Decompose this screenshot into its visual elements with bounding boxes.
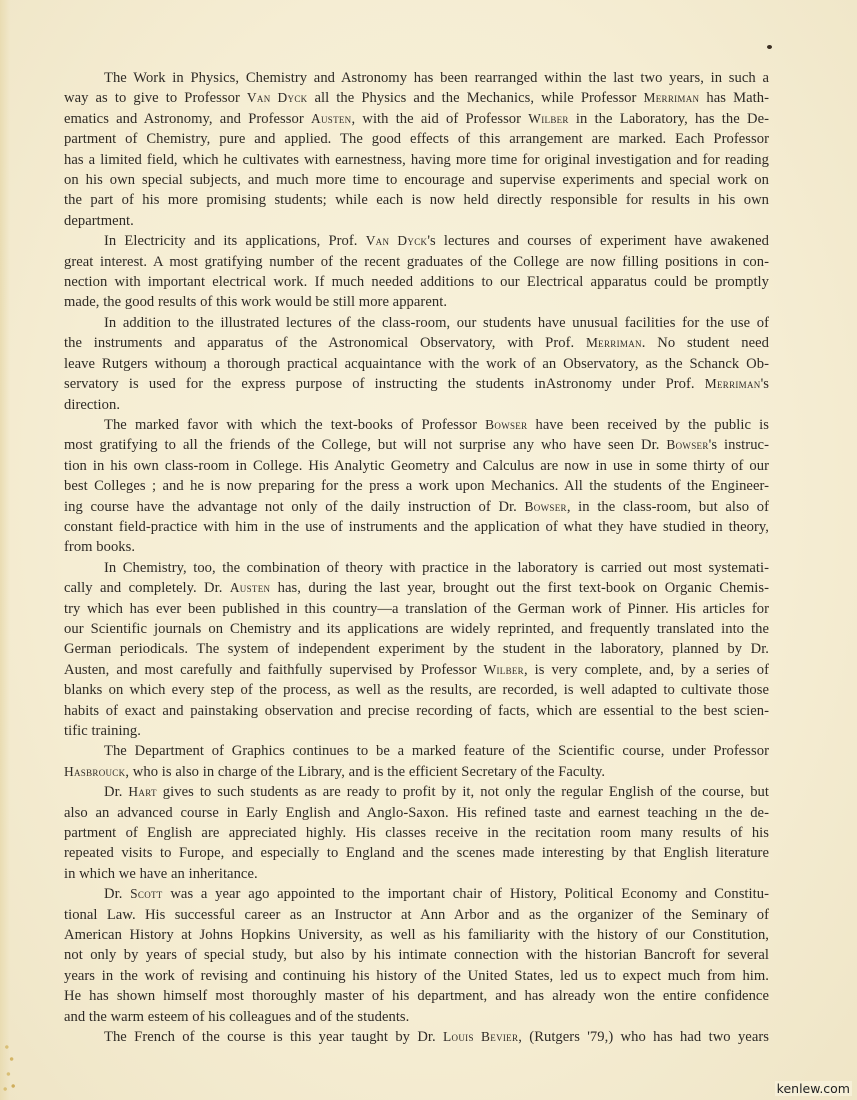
small-caps-name: Merriman bbox=[586, 335, 642, 350]
small-caps-name: Bowser bbox=[666, 437, 708, 452]
text-run: also an advanced course in Early English… bbox=[64, 805, 769, 821]
text-run: ing course have the advantage not only o… bbox=[64, 499, 525, 515]
text-line: on his own special subjects, and much mo… bbox=[64, 170, 769, 190]
text-line: In Chemistry, too, the combination of th… bbox=[64, 558, 769, 578]
text-line: way as to give to Professor Van Dyck all… bbox=[64, 88, 769, 108]
text-line: also an advanced course in Early English… bbox=[64, 803, 769, 823]
paragraph: The marked favor with which the text-boo… bbox=[64, 415, 769, 558]
text-line: in which we have an inheritance. bbox=[64, 864, 769, 884]
scanned-page: The Work in Physics, Chemistry and Astro… bbox=[0, 0, 857, 1100]
text-run: In Electricity and its applications, Pro… bbox=[104, 233, 366, 249]
text-line: ing course have the advantage not only o… bbox=[64, 497, 769, 517]
text-run: habits of exact and painstaking observat… bbox=[64, 703, 769, 719]
text-run: repeated visits to Furope, and especiall… bbox=[64, 845, 769, 861]
text-run: nection with important electrical work. … bbox=[64, 274, 769, 290]
text-line: leave Rutgers withouɱ a thorough practic… bbox=[64, 354, 769, 374]
small-caps-name: Wilber bbox=[528, 111, 568, 126]
paragraph: In Chemistry, too, the combination of th… bbox=[64, 558, 769, 742]
text-run: most gratifying to all the friends of th… bbox=[64, 437, 666, 453]
text-run: was a year ago appointed to the importan… bbox=[163, 886, 769, 902]
text-line: The Department of Graphics continues to … bbox=[64, 741, 769, 761]
text-run: tional Law. His successful career as an … bbox=[64, 907, 769, 923]
text-run: our Scientific journals on Chemistry and… bbox=[64, 621, 769, 637]
text-run: The Department of Graphics continues to … bbox=[104, 743, 769, 759]
text-line: The marked favor with which the text-boo… bbox=[64, 415, 769, 435]
text-run: years in the work of revising and contin… bbox=[64, 968, 769, 984]
text-run: partment of Chemistry, pure and applied.… bbox=[64, 131, 769, 147]
text-line: the instruments and apparatus of the Ast… bbox=[64, 333, 769, 353]
text-run: ematics and Astronomy, and Professor bbox=[64, 111, 311, 127]
paragraph: The French of the course is this year ta… bbox=[64, 1027, 769, 1047]
text-run: in the Laboratory, has the De- bbox=[569, 111, 769, 127]
watermark: kenlew.com bbox=[775, 1081, 852, 1096]
text-run: direction. bbox=[64, 397, 120, 413]
text-run: servatory is used for the express purpos… bbox=[64, 376, 705, 392]
text-run: , with the aid of Professor bbox=[351, 111, 528, 127]
text-run: The French of the course is this year ta… bbox=[104, 1029, 443, 1045]
small-caps-name: Bowser bbox=[485, 417, 527, 432]
text-run: The marked favor with which the text-boo… bbox=[104, 417, 485, 433]
text-run: He has shown himself most thoroughly mas… bbox=[64, 988, 769, 1004]
paragraph: Dr. Scott was a year ago appointed to th… bbox=[64, 884, 769, 1027]
text-line: ematics and Astronomy, and Professor Aus… bbox=[64, 109, 769, 129]
text-run: blanks on which every step of the proces… bbox=[64, 682, 769, 698]
text-run: on his own special subjects, and much mo… bbox=[64, 172, 769, 188]
text-run: German periodicals. The system of indepe… bbox=[64, 641, 769, 657]
small-caps-name: Bowser bbox=[525, 499, 567, 514]
text-line: In Electricity and its applications, Pro… bbox=[64, 231, 769, 251]
text-run: In Chemistry, too, the combination of th… bbox=[104, 560, 769, 576]
text-line: partment of Chemistry, pure and applied.… bbox=[64, 129, 769, 149]
text-line: tional Law. His successful career as an … bbox=[64, 905, 769, 925]
text-run: in which we have an inheritance. bbox=[64, 866, 258, 882]
text-line: best Colleges ; and he is now preparing … bbox=[64, 476, 769, 496]
text-run: Dr. bbox=[104, 784, 128, 800]
text-line: most gratifying to all the friends of th… bbox=[64, 435, 769, 455]
text-line: He has shown himself most thoroughly mas… bbox=[64, 986, 769, 1006]
text-run: tific training. bbox=[64, 723, 141, 739]
paragraph: Dr. Hart gives to such students as are r… bbox=[64, 782, 769, 884]
small-caps-name: Scott bbox=[130, 886, 162, 901]
text-line: our Scientific journals on Chemistry and… bbox=[64, 619, 769, 639]
text-run: and the warm esteem of his colleagues an… bbox=[64, 1009, 409, 1025]
text-run: partment of English are appreciated high… bbox=[64, 825, 769, 841]
text-run: tion in his own class-room in College. H… bbox=[64, 458, 769, 474]
small-caps-name: Austen bbox=[230, 580, 271, 595]
text-run: way as to give to Professor bbox=[64, 90, 247, 106]
paragraph: The Work in Physics, Chemistry and Astro… bbox=[64, 68, 769, 231]
text-run: 's instruc- bbox=[709, 437, 769, 453]
text-run: made, the good results of this work woul… bbox=[64, 294, 447, 310]
text-run: has Math- bbox=[699, 90, 769, 106]
text-run: has, during the last year, brought out t… bbox=[270, 580, 769, 596]
text-line: Dr. Hart gives to such students as are r… bbox=[64, 782, 769, 802]
text-run: best Colleges ; and he is now preparing … bbox=[64, 478, 769, 494]
text-run: , (Rutgers '79,) who has had two years bbox=[518, 1029, 769, 1045]
text-line: not only by years of special study, but … bbox=[64, 945, 769, 965]
text-line: Austen, and most carefully and faithfull… bbox=[64, 660, 769, 680]
text-line: German periodicals. The system of indepe… bbox=[64, 639, 769, 659]
text-line: Dr. Scott was a year ago appointed to th… bbox=[64, 884, 769, 904]
text-line: repeated visits to Furope, and especiall… bbox=[64, 843, 769, 863]
text-line: The Work in Physics, Chemistry and Astro… bbox=[64, 68, 769, 88]
text-run: , in the class-room, but also of bbox=[567, 499, 769, 515]
small-caps-name: Merriman bbox=[644, 90, 700, 105]
text-run: 's lectures and courses of experiment ha… bbox=[427, 233, 769, 249]
text-run: , who is also in charge of the Library, … bbox=[125, 764, 605, 780]
text-line: from books. bbox=[64, 537, 769, 557]
text-run: gives to such students as are ready to p… bbox=[157, 784, 769, 800]
text-run: , is very complete, and, by a series of bbox=[524, 662, 769, 678]
text-line: cally and completely. Dr. Austen has, du… bbox=[64, 578, 769, 598]
page-edge-shadow bbox=[0, 0, 10, 1100]
text-line: blanks on which every step of the proces… bbox=[64, 680, 769, 700]
small-caps-name: Louis Bevier bbox=[443, 1029, 518, 1044]
text-run: American History at Johns Hopkins Univer… bbox=[64, 927, 769, 943]
ink-speck bbox=[767, 45, 772, 49]
text-line: made, the good results of this work woul… bbox=[64, 292, 769, 312]
text-line: American History at Johns Hopkins Univer… bbox=[64, 925, 769, 945]
text-run: have been received by the public is bbox=[527, 417, 769, 433]
foxing-stains bbox=[2, 1035, 18, 1095]
text-line: department. bbox=[64, 211, 769, 231]
small-caps-name: Merriman bbox=[705, 376, 761, 391]
text-line: In addition to the illustrated lectures … bbox=[64, 313, 769, 333]
text-run: Austen, and most carefully and faithfull… bbox=[64, 662, 484, 678]
document-body: The Work in Physics, Chemistry and Astro… bbox=[64, 68, 769, 1048]
text-line: the part of his more promising students;… bbox=[64, 190, 769, 210]
text-line: nection with important electrical work. … bbox=[64, 272, 769, 292]
text-run: great interest. A most gratifying number… bbox=[64, 254, 769, 270]
text-line: Hasbrouck, who is also in charge of the … bbox=[64, 762, 769, 782]
text-run: . No student need bbox=[642, 335, 769, 351]
text-run: has a limited field, which he cultivates… bbox=[64, 152, 769, 168]
small-caps-name: Hasbrouck bbox=[64, 764, 125, 779]
paragraph: In addition to the illustrated lectures … bbox=[64, 313, 769, 415]
text-line: partment of English are appreciated high… bbox=[64, 823, 769, 843]
text-run: cally and completely. Dr. bbox=[64, 580, 230, 596]
small-caps-name: Van Dyck bbox=[247, 90, 308, 105]
text-line: and the warm esteem of his colleagues an… bbox=[64, 1007, 769, 1027]
text-line: habits of exact and painstaking observat… bbox=[64, 701, 769, 721]
text-run: try which has ever been published in thi… bbox=[64, 601, 769, 617]
text-run: The Work in Physics, Chemistry and Astro… bbox=[104, 70, 769, 86]
text-line: tific training. bbox=[64, 721, 769, 741]
text-line: try which has ever been published in thi… bbox=[64, 599, 769, 619]
text-line: has a limited field, which he cultivates… bbox=[64, 150, 769, 170]
text-line: great interest. A most gratifying number… bbox=[64, 252, 769, 272]
paragraph: In Electricity and its applications, Pro… bbox=[64, 231, 769, 313]
text-run: the part of his more promising students;… bbox=[64, 192, 769, 208]
text-run: Dr. bbox=[104, 886, 130, 902]
text-line: years in the work of revising and contin… bbox=[64, 966, 769, 986]
small-caps-name: Hart bbox=[128, 784, 156, 799]
text-line: tion in his own class-room in College. H… bbox=[64, 456, 769, 476]
text-run: 's bbox=[761, 376, 769, 392]
text-run: leave Rutgers withouɱ a thorough practic… bbox=[64, 356, 769, 372]
text-run: department. bbox=[64, 213, 134, 229]
small-caps-name: Van Dyck bbox=[366, 233, 428, 248]
small-caps-name: Austen bbox=[311, 111, 352, 126]
small-caps-name: Wilber bbox=[484, 662, 524, 677]
text-run: not only by years of special study, but … bbox=[64, 947, 769, 963]
paragraph: The Department of Graphics continues to … bbox=[64, 741, 769, 782]
text-line: direction. bbox=[64, 395, 769, 415]
text-run: constant field-practice with him in the … bbox=[64, 519, 769, 535]
text-line: The French of the course is this year ta… bbox=[64, 1027, 769, 1047]
text-line: constant field-practice with him in the … bbox=[64, 517, 769, 537]
text-run: all the Physics and the Mechanics, while… bbox=[307, 90, 643, 106]
text-run: In addition to the illustrated lectures … bbox=[104, 315, 769, 331]
text-line: servatory is used for the express purpos… bbox=[64, 374, 769, 394]
text-run: the instruments and apparatus of the Ast… bbox=[64, 335, 586, 351]
text-run: from books. bbox=[64, 539, 135, 555]
